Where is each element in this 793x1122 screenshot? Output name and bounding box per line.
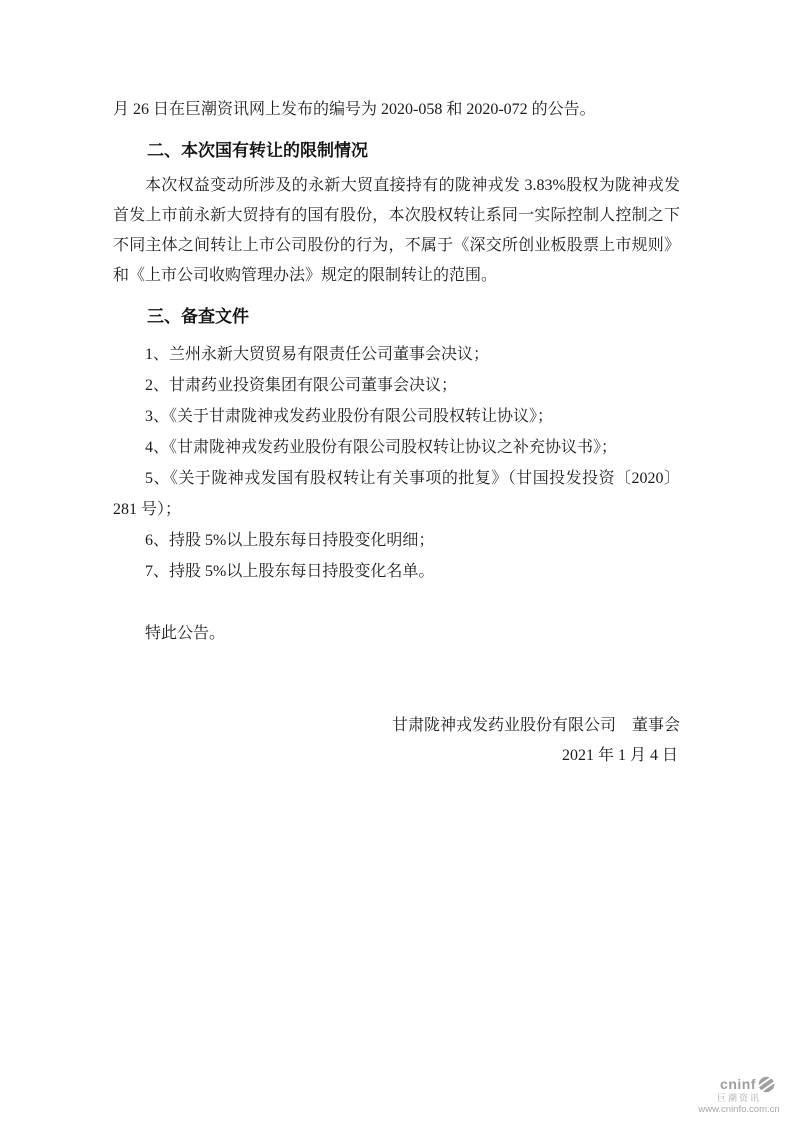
cninfo-globe-icon	[758, 1076, 775, 1093]
filing-item-4: 4、《甘肃陇神戎发药业股份有限公司股权转让协议之补充协议书》；	[113, 432, 680, 463]
filing-item-2: 2、甘肃药业投资集团有限公司董事会决议；	[113, 370, 680, 401]
filing-item-3: 3、《关于甘肃陇神戎发药业股份有限公司股权转让协议》；	[113, 401, 680, 432]
closing-statement: 特此公告。	[113, 619, 680, 649]
filing-item-1: 1、兰州永新大贸贸易有限责任公司董事会决议；	[113, 339, 680, 370]
section-heading-reference-documents: 三、备查文件	[113, 307, 680, 327]
restrictions-paragraph: 本次权益变动所涉及的永新大贸直接持有的陇神戎发 3.83%股权为陇神戎发首发上市…	[113, 171, 680, 291]
filing-item-6: 6、持股 5%以上股东每日持股变化明细；	[113, 525, 680, 556]
reference-documents-list: 1、兰州永新大贸贸易有限责任公司董事会决议； 2、甘肃药业投资集团有限公司董事会…	[113, 339, 680, 587]
filing-item-7: 7、持股 5%以上股东每日持股变化名单。	[113, 556, 680, 587]
cninfo-watermark: cninf 巨潮资讯 www.cninfo.com.cn	[698, 1076, 780, 1115]
company-signature: 甘肃陇神戎发药业股份有限公司 董事会	[113, 711, 680, 741]
document-body: 月 26 日在巨潮资讯网上发布的编号为 2020-058 和 2020-072 …	[113, 95, 680, 771]
announcement-date: 2021 年 1 月 4 日	[113, 741, 680, 771]
section-heading-restrictions: 二、本次国有转让的限制情况	[113, 141, 680, 161]
cninfo-logo-row: cninf	[698, 1076, 780, 1093]
paragraph-continuation: 月 26 日在巨潮资讯网上发布的编号为 2020-058 和 2020-072 …	[113, 95, 680, 125]
cninfo-logo-text: cninf	[720, 1077, 756, 1092]
announcement-page: 月 26 日在巨潮资讯网上发布的编号为 2020-058 和 2020-072 …	[0, 0, 793, 1122]
cninfo-chinese-label: 巨潮资讯	[698, 1093, 780, 1104]
filing-item-5: 5、《关于陇神戎发国有股权转让有关事项的批复》（甘国投发投资〔2020〕281 …	[113, 463, 680, 525]
cninfo-url: www.cninfo.com.cn	[698, 1104, 780, 1115]
